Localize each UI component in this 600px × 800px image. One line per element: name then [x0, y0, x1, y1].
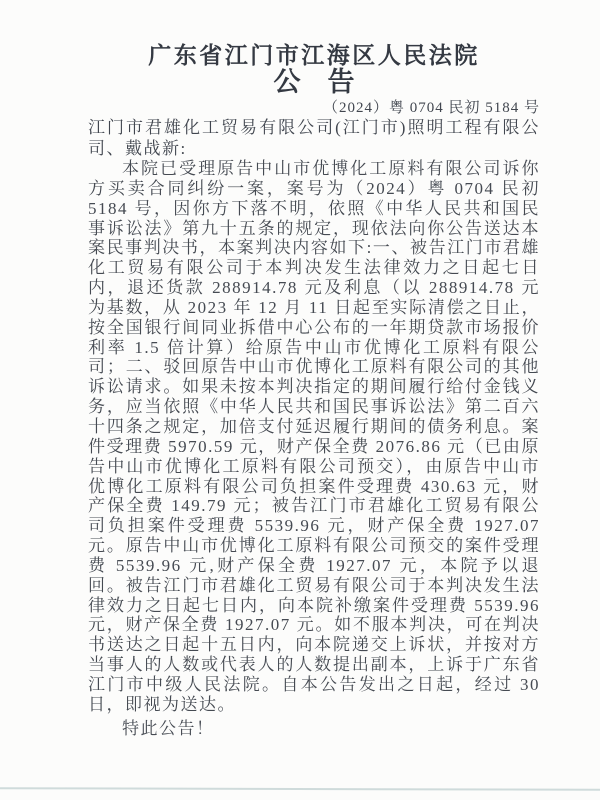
scan-paper-edge: [0, 787, 600, 791]
notice-content: 广东省江门市江海区人民法院 公 告 （2024）粤 0704 民初 5184 号…: [88, 44, 540, 738]
closing-line: 特此公告！: [88, 719, 540, 739]
addressee-line: 江门市君雄化工贸易有限公司(江门市)照明工程有限公司、戴战新:: [88, 118, 540, 159]
case-number: （2024）粤 0704 民初 5184 号: [88, 99, 540, 117]
court-name: 广东省江门市江海区人民法院: [88, 44, 540, 68]
document-title: 公 告: [88, 69, 540, 96]
scanned-court-notice-page: 广东省江门市江海区人民法院 公 告 （2024）粤 0704 民初 5184 号…: [0, 0, 600, 800]
notice-body: 本院已受理原告中山市优博化工原料有限公司诉你方买卖合同纠纷一案，案号为（2024…: [88, 159, 540, 715]
